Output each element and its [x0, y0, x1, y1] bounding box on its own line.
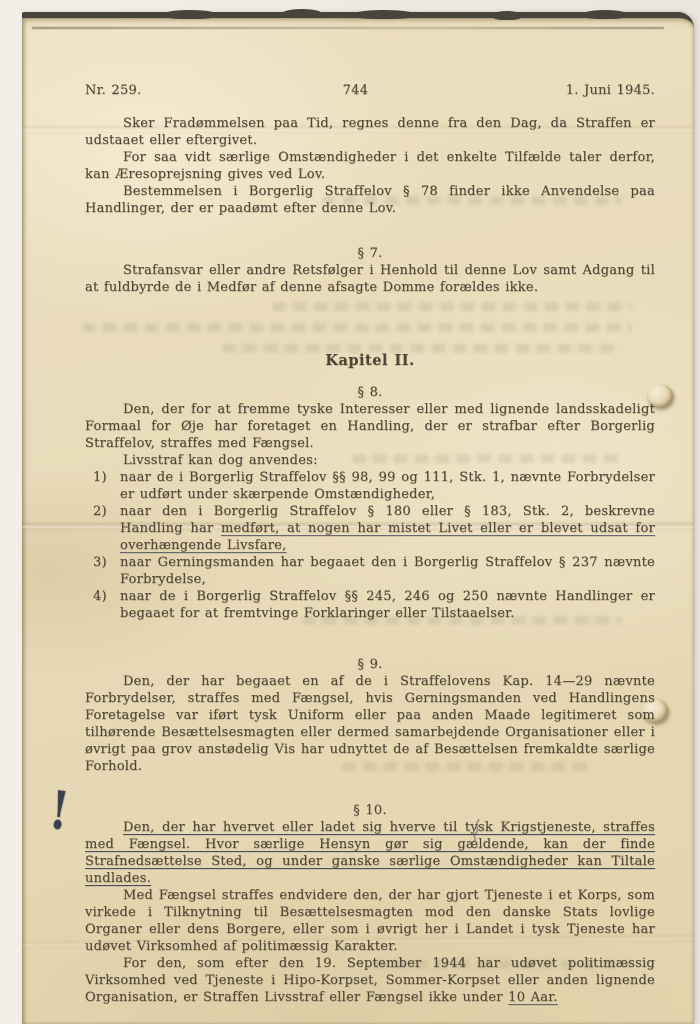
- chapter-2-heading: Kapitel II.: [85, 352, 655, 369]
- section-10-passage-underlined: Den, der har hvervet eller ladet sig hve…: [85, 819, 655, 887]
- section-8-heading: § 8.: [85, 384, 655, 401]
- item-number: 2): [93, 503, 107, 520]
- issue-number: Nr. 259.: [85, 82, 141, 99]
- section-9-body: Den, der har begaaet en af de i Straffel…: [85, 673, 655, 775]
- item-number: 4): [93, 588, 107, 605]
- paragraph: Bestemmelsen i Borgerlig Straffelov § 78…: [85, 183, 655, 217]
- page-content: Nr. 259. 744 1. Juni 1945. Sker Fradømme…: [22, 18, 694, 1006]
- issue-date: 1. Juni 1945.: [566, 82, 655, 99]
- list-item: 3) naar Gerningsmanden har begaaet den i…: [85, 554, 655, 588]
- section-8-list: 1) naar de i Borgerlig Straffelov §§ 98,…: [85, 469, 655, 622]
- page-header: Nr. 259. 744 1. Juni 1945.: [85, 82, 655, 99]
- underlined-term: 10 Aar.: [508, 990, 557, 1005]
- list-item: 2) naar den i Borgerlig Straffelov § 180…: [85, 503, 655, 554]
- paragraph: For saa vidt særlige Omstændigheder i de…: [85, 149, 655, 183]
- section-9-heading: § 9.: [85, 656, 655, 673]
- item-text: naar Gerningsmanden har begaaet den i Bo…: [120, 555, 655, 587]
- paper-sheet: Nr. 259. 744 1. Juni 1945. Sker Fradømme…: [22, 12, 694, 1024]
- list-item: 1) naar de i Borgerlig Straffelov §§ 98,…: [85, 469, 655, 503]
- section-8-list-intro: Livsstraf kan dog anvendes:: [85, 452, 655, 469]
- paragraph: Sker Fradømmelsen paa Tid, regnes denne …: [85, 115, 655, 149]
- scan-background: Nr. 259. 744 1. Juni 1945. Sker Fradømme…: [0, 0, 700, 1024]
- section-10-body-2: Med Fængsel straffes endvidere den, der …: [85, 887, 655, 955]
- section-7-heading: § 7.: [85, 245, 655, 262]
- section-8-body: Den, der for at fremme tyske Interesser …: [85, 401, 655, 452]
- item-text: naar de i Borgerlig Straffelov §§ 98, 99…: [120, 470, 655, 502]
- section-10-heading: § 10.: [85, 802, 655, 819]
- page-number: 744: [343, 82, 369, 99]
- section-7-body: Strafansvar eller andre Retsfølger i Hen…: [85, 262, 655, 296]
- list-item: 4) naar de i Borgerlig Straffelov §§ 245…: [85, 588, 655, 622]
- item-number: 1): [93, 469, 107, 486]
- item-text: naar de i Borgerlig Straffelov §§ 245, 2…: [120, 589, 655, 621]
- body-text: For den, som efter den 19. September 194…: [85, 956, 655, 1005]
- item-number: 3): [93, 554, 107, 571]
- section-10-body-3: For den, som efter den 19. September 194…: [85, 955, 655, 1006]
- pencil-squiggle-icon: [470, 818, 482, 842]
- torn-edge: [282, 9, 322, 18]
- underlined-passage: Den, der har hvervet eller ladet sig hve…: [85, 820, 655, 886]
